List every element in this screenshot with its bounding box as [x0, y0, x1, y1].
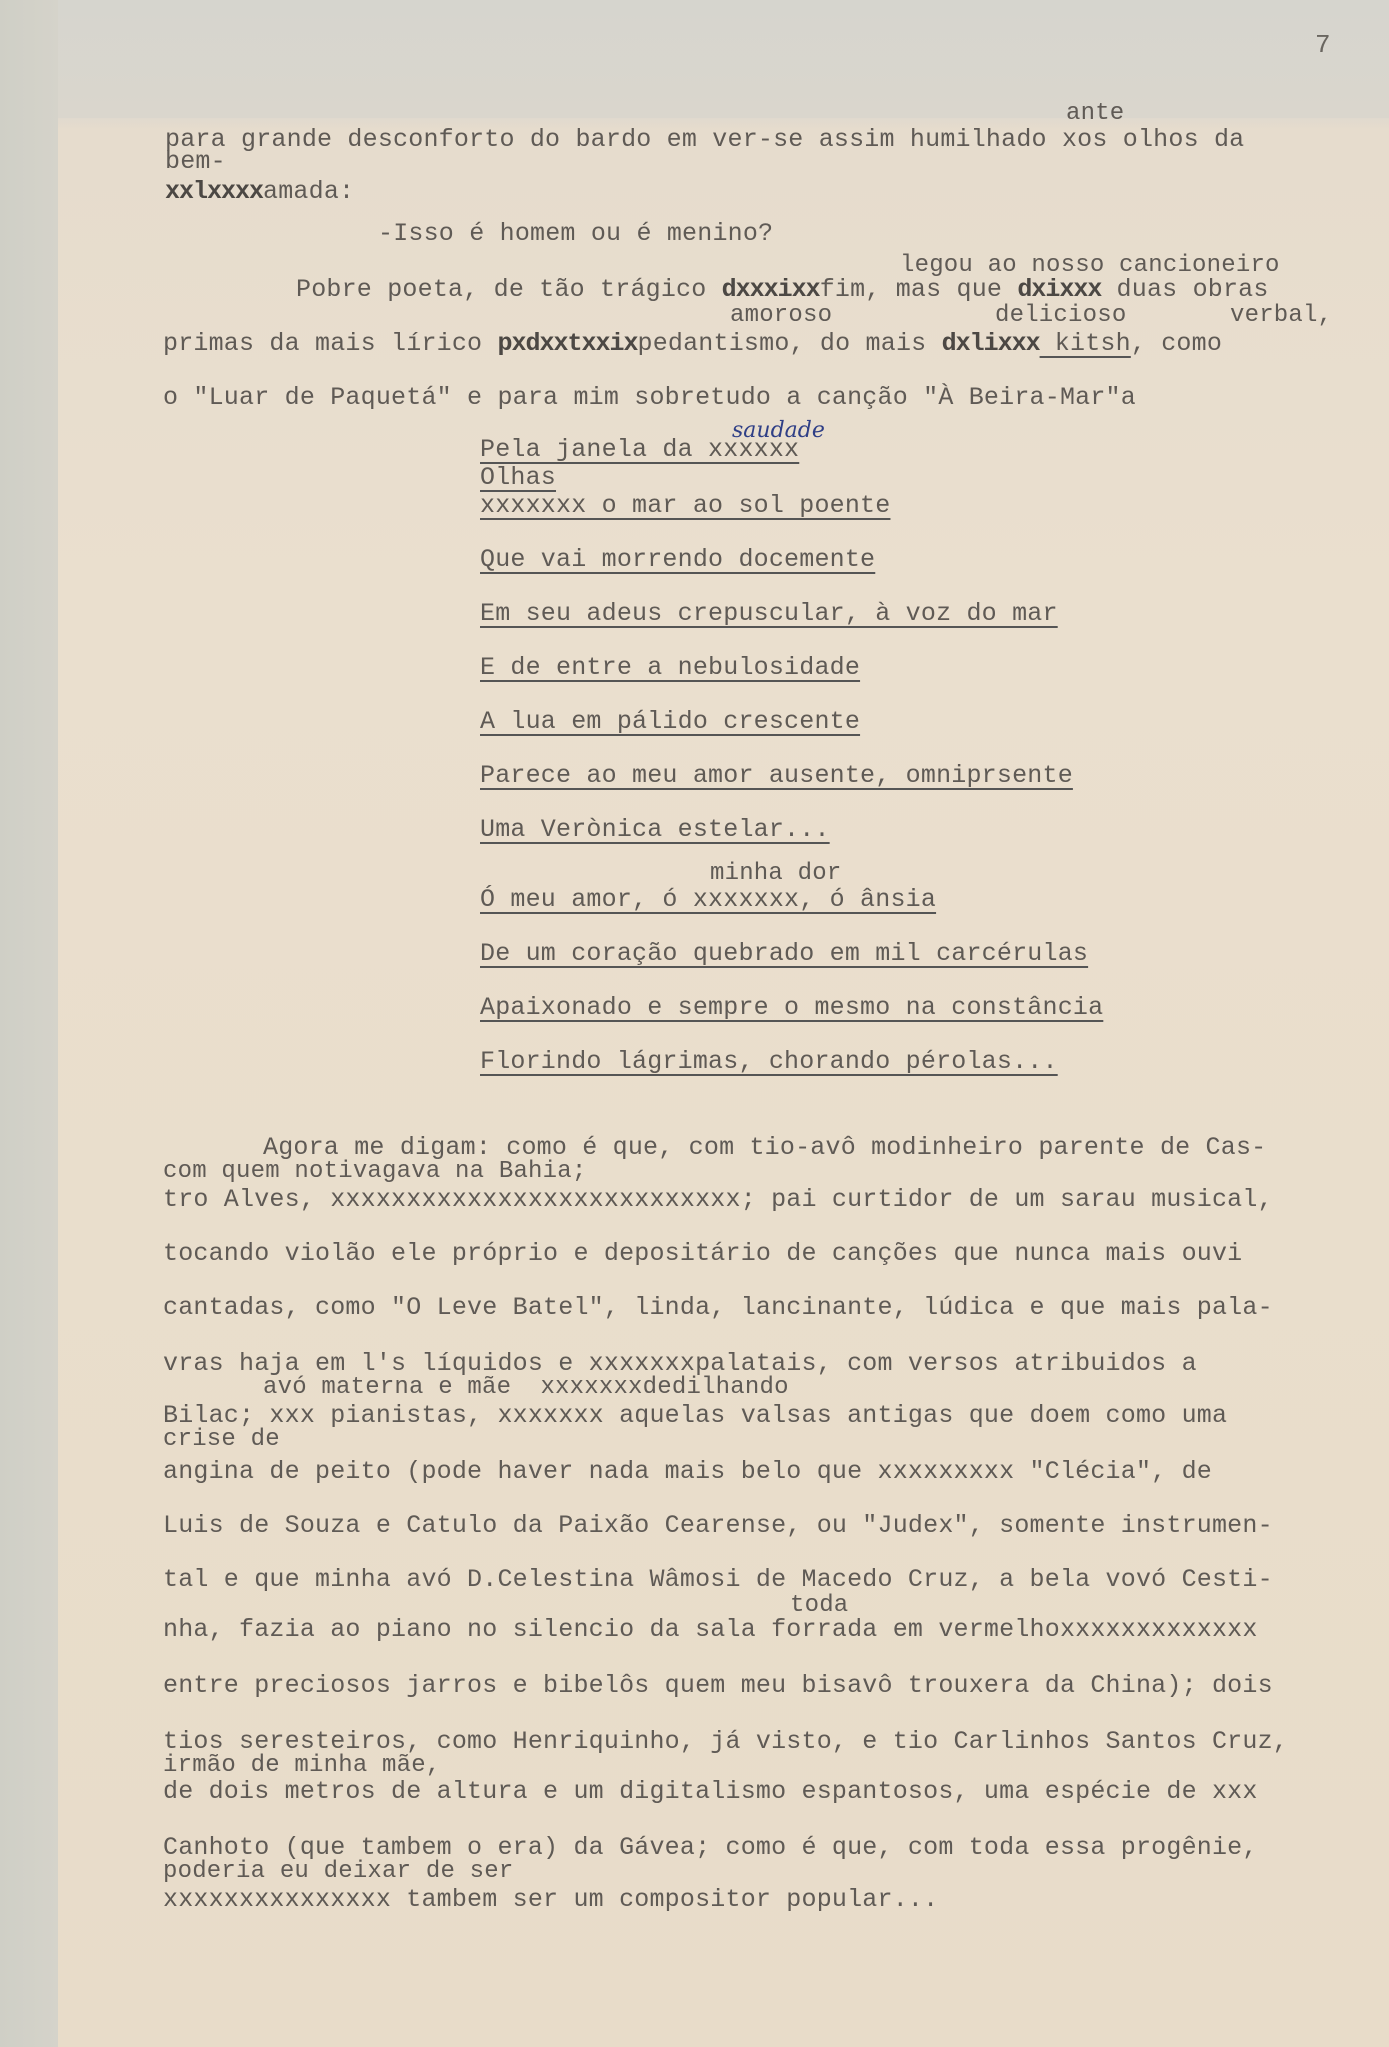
para2-line3: o "Luar de Paquetá" e para mim sobretudo…	[163, 384, 1136, 412]
poem-line-6: E de entre a nebulosidade	[480, 654, 860, 682]
struck-text: xxlxxxx	[165, 177, 263, 206]
para2-line2: primas da mais lírico pxdxxtxxixpedantis…	[163, 330, 1222, 358]
para2-line1: Pobre poeta, de tão trágico dxxxixxfim, …	[296, 276, 1269, 304]
para3-line-4: cantadas, como "O Leve Batel", linda, la…	[163, 1294, 1273, 1322]
para3-insert-avo: avó materna e mãe xxxxxxxdedilhando	[263, 1374, 789, 1402]
para1-line3: xxlxxxxamada:	[165, 178, 354, 206]
poem-line-7: A lua em pálido crescente	[480, 708, 860, 736]
insert-verbal: verbal,	[1230, 302, 1332, 330]
para3-insert-irmao: irmão de minha mãe,	[163, 1752, 440, 1780]
poem-line-9: Uma Verònica estelar...	[480, 816, 830, 844]
para3-line-11: entre preciosos jarros e bibelôs quem me…	[163, 1672, 1273, 1700]
para3-line-9: tal e que minha avó D.Celestina Wâmosi d…	[163, 1566, 1273, 1594]
para3-insert-poderia: poderia eu deixar de ser	[163, 1858, 513, 1886]
para1-line2: bem-	[165, 148, 226, 176]
para3-line-13: de dois metros de altura e um digitalism…	[163, 1778, 1258, 1806]
para3-insert-com-quem: com quem notivagava na Bahia;	[163, 1158, 586, 1186]
para3-line-15: xxxxxxxxxxxxxxx tambem ser um compositor…	[163, 1886, 938, 1914]
insert-minha-dor: minha dor	[710, 860, 841, 888]
text: fim, mas que	[820, 275, 1018, 304]
poem-line-3: xxxxxxx o mar ao sol poente	[480, 492, 890, 520]
para3-line-10: nha, fazia ao piano no silencio da sala …	[163, 1616, 1258, 1644]
poem-line-4: Que vai morrendo docemente	[480, 546, 875, 574]
struck-text: dxixxx	[1017, 275, 1101, 304]
text: , como	[1131, 329, 1222, 358]
left-edge-strip	[0, 0, 58, 2047]
poem-line-12: Apaixonado e sempre o mesmo na constânci…	[480, 994, 1103, 1022]
page-number: 7	[1315, 30, 1331, 60]
para3-crise-de: crise de	[163, 1426, 280, 1454]
poem-line-1: Pela janela da xxxxxx	[480, 436, 799, 464]
poem-line-5: Em seu adeus crepuscular, à voz do mar	[480, 600, 1058, 628]
text: duas obras	[1101, 275, 1268, 304]
text: pedantismo, do mais	[638, 329, 942, 358]
para3-line-8: Luis de Souza e Catulo da Paixão Cearens…	[163, 1512, 1273, 1540]
struck-text: dxxxixx	[722, 275, 820, 304]
quote-line: -Isso é homem ou é menino?	[378, 220, 773, 248]
insert-ante: ante	[1066, 100, 1124, 128]
struck-text: dxlixxx	[942, 329, 1040, 358]
para3-line-3: tocando violão ele próprio e depositário…	[163, 1240, 1242, 1268]
poem-line-2: Olhas	[480, 464, 556, 492]
para3-line-6: Bilac; xxx pianistas, xxxxxxx aquelas va…	[163, 1402, 1227, 1430]
poem-line-13: Florindo lágrimas, chorando pérolas...	[480, 1048, 1058, 1076]
para3-line-7: angina de peito (pode haver nada mais be…	[163, 1458, 1212, 1486]
insert-amoroso: amoroso	[730, 302, 832, 330]
text: Pobre poeta, de tão trágico	[296, 275, 722, 304]
para1-line3-rest: amada:	[263, 177, 354, 206]
poem-line-10: Ó meu amor, ó xxxxxxx, ó ânsia	[480, 886, 936, 914]
text-kitsh: kitsh	[1040, 329, 1131, 358]
para1-line1: para grande desconforto do bardo em ver-…	[165, 126, 1244, 154]
struck-text: pxdxxtxxix	[497, 329, 637, 358]
poem-line-11: De um coração quebrado em mil carcérulas	[480, 940, 1088, 968]
top-shadow-band	[0, 0, 1389, 118]
para3-line-2: tro Alves, xxxxxxxxxxxxxxxxxxxxxxxxxxx; …	[163, 1186, 1273, 1214]
text: primas da mais lírico	[163, 329, 497, 358]
poem-line-8: Parece ao meu amor ausente, omniprsente	[480, 762, 1073, 790]
insert-delicioso: delicioso	[995, 302, 1126, 330]
